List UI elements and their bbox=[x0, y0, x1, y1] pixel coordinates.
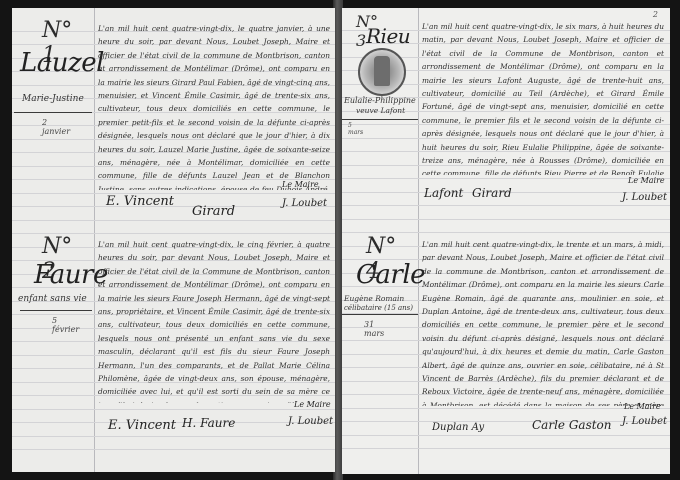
signature: Le Maire bbox=[628, 176, 665, 185]
signature: J. Loubet bbox=[282, 198, 327, 209]
signature: E. Vincent bbox=[108, 418, 176, 433]
margin-separator bbox=[342, 119, 418, 120]
margin-date: 2 janvier bbox=[42, 118, 70, 136]
record-body: L'an mil huit cent quatre-vingt-dix, le … bbox=[98, 238, 330, 403]
margin-date: 5 février bbox=[52, 316, 79, 334]
margin-line bbox=[418, 8, 419, 474]
record-body: L'an mil huit cent quatre-vingt-dix, le … bbox=[422, 238, 664, 406]
record-given-names: Eulalie-Philippine bbox=[344, 96, 416, 105]
signature: Lafont bbox=[424, 186, 463, 200]
record-given-names-line2: veuve Lafont bbox=[356, 106, 405, 115]
signature: J. Loubet bbox=[622, 416, 667, 427]
record-body: L'an mil huit cent quatre-vingt-dix, le … bbox=[422, 20, 664, 175]
margin-separator bbox=[14, 112, 92, 113]
signature: Girard bbox=[472, 186, 512, 200]
record-body: L'an mil huit cent quatre-vingt-dix, le … bbox=[98, 22, 330, 190]
right-page: 2 N° 3 Rieu Eulalie-Philippine veuve Laf… bbox=[342, 8, 670, 474]
signature: Girard bbox=[192, 204, 235, 219]
signature: J. Loubet bbox=[622, 192, 667, 203]
margin-date: 31 mars bbox=[364, 320, 384, 338]
record-given-names: enfant sans vie bbox=[18, 294, 87, 304]
record-surname: Carle bbox=[356, 260, 425, 290]
margin-separator bbox=[342, 314, 418, 315]
page-number: 2 bbox=[653, 10, 658, 19]
margin-separator bbox=[20, 310, 92, 311]
record-given-names: Marie-Justine bbox=[22, 94, 84, 104]
signature: Le Maire bbox=[282, 180, 319, 189]
republique-francaise-seal-icon bbox=[358, 48, 406, 96]
left-page: N° 1 Lauzel Marie-Justine 2 janvier L'an… bbox=[12, 8, 335, 472]
record-given-names-line2: célibataire (15 ans) bbox=[344, 304, 413, 312]
signature: H. Faure bbox=[182, 416, 235, 430]
signature: Le Maire bbox=[624, 402, 661, 411]
record-surname: Faure bbox=[34, 260, 108, 290]
record-surname: Rieu bbox=[366, 24, 410, 48]
signature: Carle Gaston bbox=[532, 418, 612, 432]
record-surname: Lauzel bbox=[20, 48, 104, 78]
signature: J. Loubet bbox=[288, 416, 333, 427]
signature: Le Maire bbox=[294, 400, 331, 409]
record-given-names: Eugène Romain bbox=[344, 294, 404, 303]
signature: Duplan Ay bbox=[432, 422, 484, 433]
margin-date: 5 mars bbox=[348, 122, 363, 136]
signature: E. Vincent bbox=[106, 194, 174, 209]
